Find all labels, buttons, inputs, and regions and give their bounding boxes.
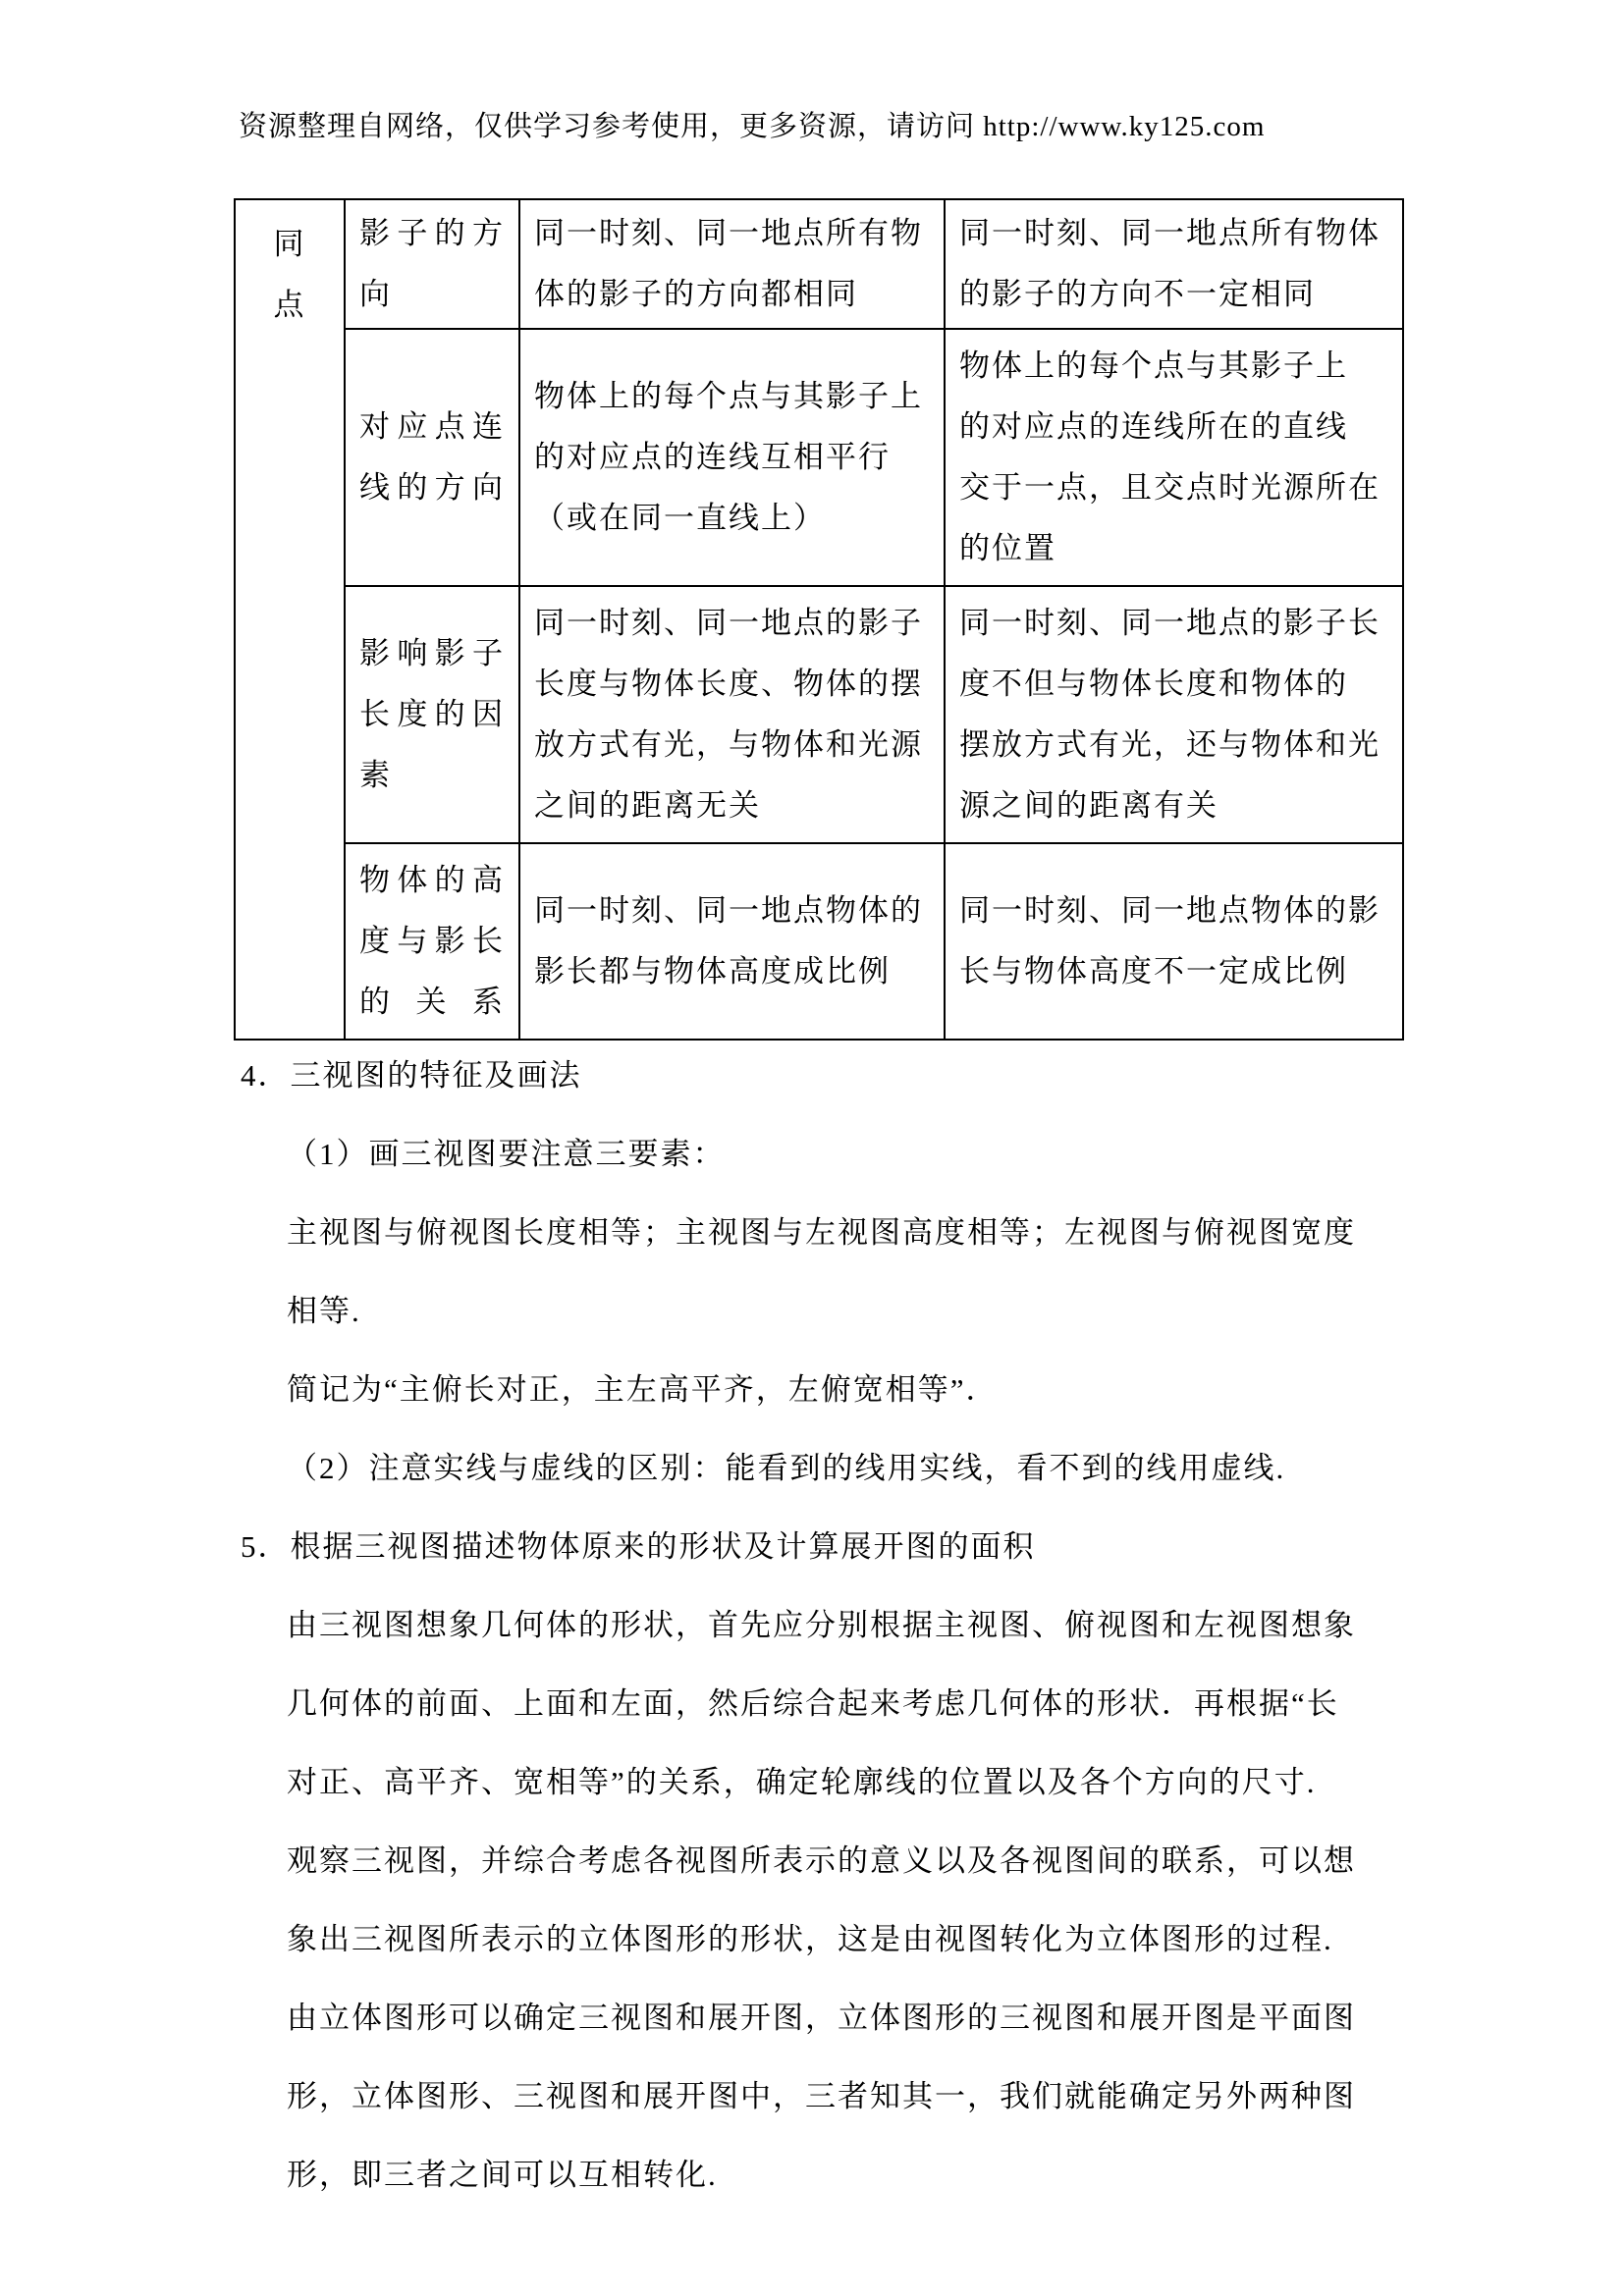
section-4-title: 4．三视图的特征及画法 (241, 1037, 1409, 1115)
text-line: 长度的因 (359, 684, 505, 745)
text-line: 物体上的每个点与其影子上 (959, 336, 1388, 397)
text-line: 的关系 (359, 972, 505, 1033)
text-line: 长与物体高度不一定成比例 (959, 941, 1388, 1002)
body-line: 相等. (241, 1272, 1409, 1351)
section-5-title: 5．根据三视图描述物体原来的形状及计算展开图的面积 (241, 1508, 1409, 1586)
text-line: 影长都与物体高度成比例 (534, 941, 930, 1002)
body-line: （1）画三视图要注意三要素： (241, 1115, 1409, 1194)
text-line: 向 (359, 264, 505, 325)
text-line: 物体的高 (359, 850, 505, 911)
text-line: 源之间的距离有关 (959, 775, 1388, 836)
body-line: 对正、高平齐、宽相等”的关系，确定轮廓线的位置以及各个方向的尺寸. (241, 1743, 1409, 1822)
text-line: 放方式有光，与物体和光源 (534, 715, 930, 775)
row-group-header-cell: 同点 (235, 199, 345, 1040)
body-line: 由三视图想象几何体的形状，首先应分别根据主视图、俯视图和左视图想象 (241, 1586, 1409, 1665)
central-projection-cell: 同一时刻、同一地点物体的影长与物体高度不一定成比例 (945, 843, 1403, 1040)
text-line: 交于一点，且交点时光源所在 (959, 457, 1388, 518)
text-line: 的对应点的连线互相平行 (534, 427, 930, 488)
central-projection-cell: 物体上的每个点与其影子上的对应点的连线所在的直线交于一点，且交点时光源所在的位置 (945, 329, 1403, 586)
text-line: 体的影子的方向都相同 (534, 264, 930, 325)
text-line: 影子的方 (359, 203, 505, 264)
text-line: 的对应点的连线所在的直线 (959, 397, 1388, 457)
body-line: 象出三视图所表示的立体图形的形状，这是由视图转化为立体图形的过程. (241, 1900, 1409, 1979)
central-projection-cell: 同一时刻、同一地点所有物体的影子的方向不一定相同 (945, 199, 1403, 329)
central-projection-cell: 同一时刻、同一地点的影子长度不但与物体长度和物体的摆放方式有光，还与物体和光源之… (945, 586, 1403, 843)
body-line: 由立体图形可以确定三视图和展开图，立体图形的三视图和展开图是平面图 (241, 1979, 1409, 2057)
document-page: 资源整理自网络，仅供学习参考使用，更多资源，请访问 http://www.ky1… (0, 0, 1624, 2296)
row-label-cell-height-shadow-relation: 物体的高度与影长的关系 (345, 843, 519, 1040)
table-row: 对应点连线的方向 物体上的每个点与其影子上的对应点的连线互相平行（或在同一直线上… (235, 329, 1403, 586)
table-row: 物体的高度与影长的关系 同一时刻、同一地点物体的影长都与物体高度成比例 同一时刻… (235, 843, 1403, 1040)
text-line: 摆放方式有光，还与物体和光 (959, 715, 1388, 775)
body-line: 观察三视图，并综合考虑各视图所表示的意义以及各视图间的联系，可以想 (241, 1822, 1409, 1900)
text-line: 线的方向 (359, 457, 505, 518)
parallel-projection-cell: 同一时刻、同一地点的影子长度与物体长度、物体的摆放方式有光，与物体和光源之间的距… (519, 586, 945, 843)
body-line: 形，立体图形、三视图和展开图中，三者知其一，我们就能确定另外两种图 (241, 2057, 1409, 2136)
row-label-cell-shadow-length-factors: 影响影子长度的因素 (345, 586, 519, 843)
table-row: 影响影子长度的因素 同一时刻、同一地点的影子长度与物体长度、物体的摆放方式有光，… (235, 586, 1403, 843)
header-source-note: 资源整理自网络，仅供学习参考使用，更多资源，请访问 http://www.ky1… (239, 104, 1265, 144)
text-line: （或在同一直线上） (534, 488, 930, 549)
text-line: 同一时刻、同一地点物体的影 (959, 881, 1388, 941)
text-line: 影响影子 (359, 623, 505, 684)
text-line: 同一时刻、同一地点物体的 (534, 881, 930, 941)
body-line: （2）注意实线与虚线的区别：能看到的线用实线，看不到的线用虚线. (241, 1429, 1409, 1508)
parallel-projection-cell: 同一时刻、同一地点物体的影长都与物体高度成比例 (519, 843, 945, 1040)
projection-comparison-table: 同点 影子的方向 同一时刻、同一地点所有物体的影子的方向都相同 同一时刻、同一地… (234, 198, 1404, 1041)
text-line: 度与影长 (359, 911, 505, 972)
parallel-projection-cell: 同一时刻、同一地点所有物体的影子的方向都相同 (519, 199, 945, 329)
parallel-projection-cell: 物体上的每个点与其影子上的对应点的连线互相平行（或在同一直线上） (519, 329, 945, 586)
text-line: 同一时刻、同一地点所有物 (534, 203, 930, 264)
row-label-cell-shadow-direction: 影子的方向 (345, 199, 519, 329)
text-line: 点 (249, 275, 330, 336)
table-row: 同点 影子的方向 同一时刻、同一地点所有物体的影子的方向都相同 同一时刻、同一地… (235, 199, 1403, 329)
body-line: 简记为“主俯长对正，主左高平齐，左俯宽相等”． (241, 1351, 1409, 1429)
text-line: 的位置 (959, 518, 1388, 579)
text-line: 同 (249, 214, 330, 275)
text-line: 素 (359, 745, 505, 806)
body-line: 形，即三者之间可以互相转化. (241, 2136, 1409, 2215)
body-line: 几何体的前面、上面和左面，然后综合起来考虑几何体的形状．再根据“长 (241, 1665, 1409, 1743)
row-label-cell-connecting-lines: 对应点连线的方向 (345, 329, 519, 586)
text-line: 之间的距离无关 (534, 775, 930, 836)
text-line: 物体上的每个点与其影子上 (534, 366, 930, 427)
body-line: 主视图与俯视图长度相等；主视图与左视图高度相等；左视图与俯视图宽度 (241, 1194, 1409, 1272)
text-line: 度不但与物体长度和物体的 (959, 654, 1388, 715)
text-line: 同一时刻、同一地点所有物体 (959, 203, 1388, 264)
text-line: 同一时刻、同一地点的影子 (534, 593, 930, 654)
text-line: 的影子的方向不一定相同 (959, 264, 1388, 325)
text-line: 对应点连 (359, 397, 505, 457)
notes-section: 4．三视图的特征及画法 （1）画三视图要注意三要素： 主视图与俯视图长度相等；主… (241, 1037, 1409, 2215)
text-line: 长度与物体长度、物体的摆 (534, 654, 930, 715)
text-line: 同一时刻、同一地点的影子长 (959, 593, 1388, 654)
